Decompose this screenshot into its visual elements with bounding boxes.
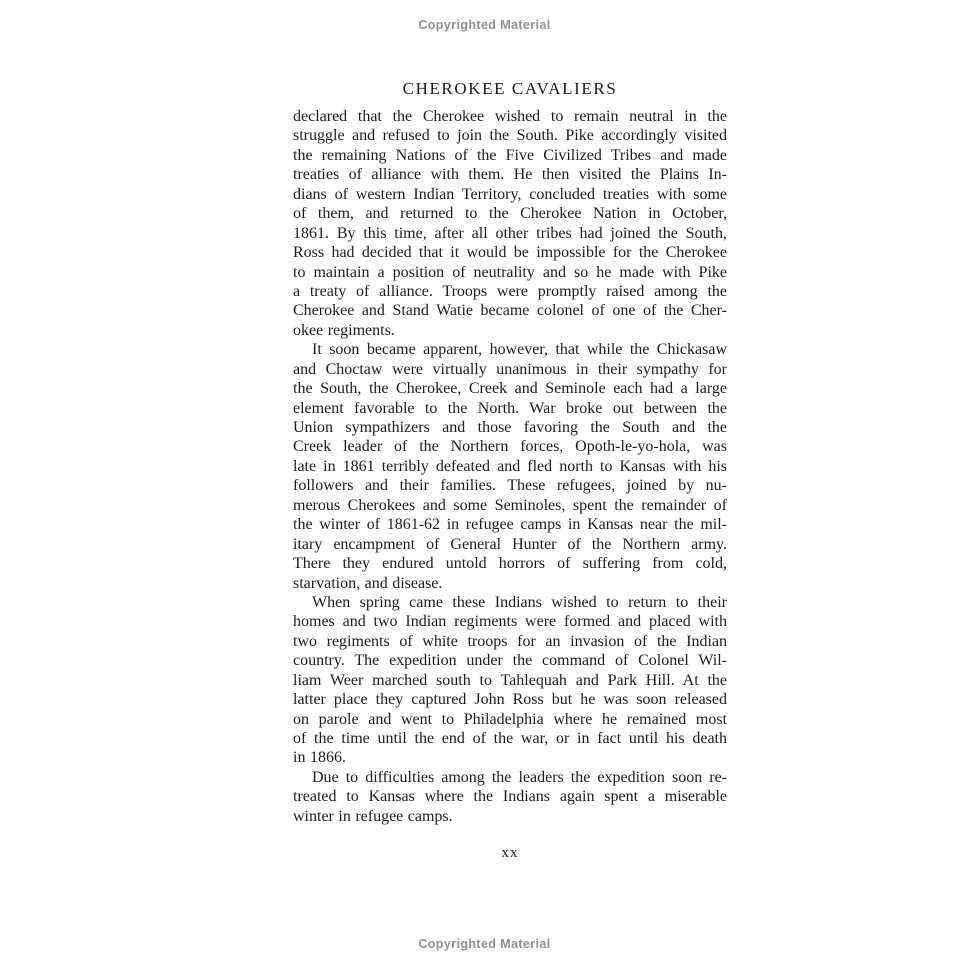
text-block: declared that the Cherokee wished to rem…: [293, 107, 727, 826]
text-line: itary encampment of General Hunter of th…: [293, 535, 727, 554]
text-line: to maintain a position of neutrality and…: [293, 263, 727, 282]
running-title: CHEROKEE CAVALIERS: [293, 79, 727, 99]
text-line: a treaty of alliance. Troops were prompt…: [293, 282, 727, 301]
text-line: homes and two Indian regiments were form…: [293, 612, 727, 631]
copyright-watermark-top: Copyrighted Material: [0, 18, 969, 32]
text-line: in 1866.: [293, 748, 727, 767]
text-line: struggle and refused to join the South. …: [293, 126, 727, 145]
text-line: Union sympathizers and those favoring th…: [293, 418, 727, 437]
page-number: xx: [293, 845, 727, 862]
text-line: declared that the Cherokee wished to rem…: [293, 107, 727, 126]
text-line: late in 1861 terribly defeated and fled …: [293, 457, 727, 476]
text-line: the remaining Nations of the Five Civili…: [293, 146, 727, 165]
text-line: treated to Kansas where the Indians agai…: [293, 787, 727, 806]
text-line: two regiments of white troops for an inv…: [293, 632, 727, 651]
text-line: There they endured untold horrors of suf…: [293, 554, 727, 573]
text-line: Due to difficulties among the leaders th…: [293, 768, 727, 787]
text-line: element favorable to the North. War brok…: [293, 399, 727, 418]
text-line: Ross had decided that it would be imposs…: [293, 243, 727, 262]
text-line: winter in refugee camps.: [293, 807, 727, 826]
text-line: Cherokee and Stand Watie became colonel …: [293, 301, 727, 320]
book-page: Copyrighted Material CHEROKEE CAVALIERS …: [0, 0, 969, 969]
text-line: When spring came these Indians wished to…: [293, 593, 727, 612]
text-line: and Choctaw were virtually unanimous in …: [293, 360, 727, 379]
text-line: treaties of alliance with them. He then …: [293, 165, 727, 184]
text-line: merous Cherokees and some Seminoles, spe…: [293, 496, 727, 515]
text-line: okee regiments.: [293, 321, 727, 340]
text-line: country. The expedition under the comman…: [293, 651, 727, 670]
text-line: It soon became apparent, however, that w…: [293, 340, 727, 359]
text-line: on parole and went to Philadelphia where…: [293, 710, 727, 729]
text-line: Creek leader of the Northern forces, Opo…: [293, 437, 727, 456]
text-line: 1861. By this time, after all other trib…: [293, 224, 727, 243]
text-line: of them, and returned to the Cherokee Na…: [293, 204, 727, 223]
text-line: the South, the Cherokee, Creek and Semin…: [293, 379, 727, 398]
text-line: of the time until the end of the war, or…: [293, 729, 727, 748]
text-line: followers and their families. These refu…: [293, 476, 727, 495]
text-line: starvation, and disease.: [293, 574, 727, 593]
text-line: the winter of 1861-62 in refugee camps i…: [293, 515, 727, 534]
copyright-watermark-bottom: Copyrighted Material: [0, 937, 969, 951]
text-line: latter place they captured John Ross but…: [293, 690, 727, 709]
text-line: liam Weer marched south to Tahlequah and…: [293, 671, 727, 690]
text-line: dians of western Indian Territory, concl…: [293, 185, 727, 204]
